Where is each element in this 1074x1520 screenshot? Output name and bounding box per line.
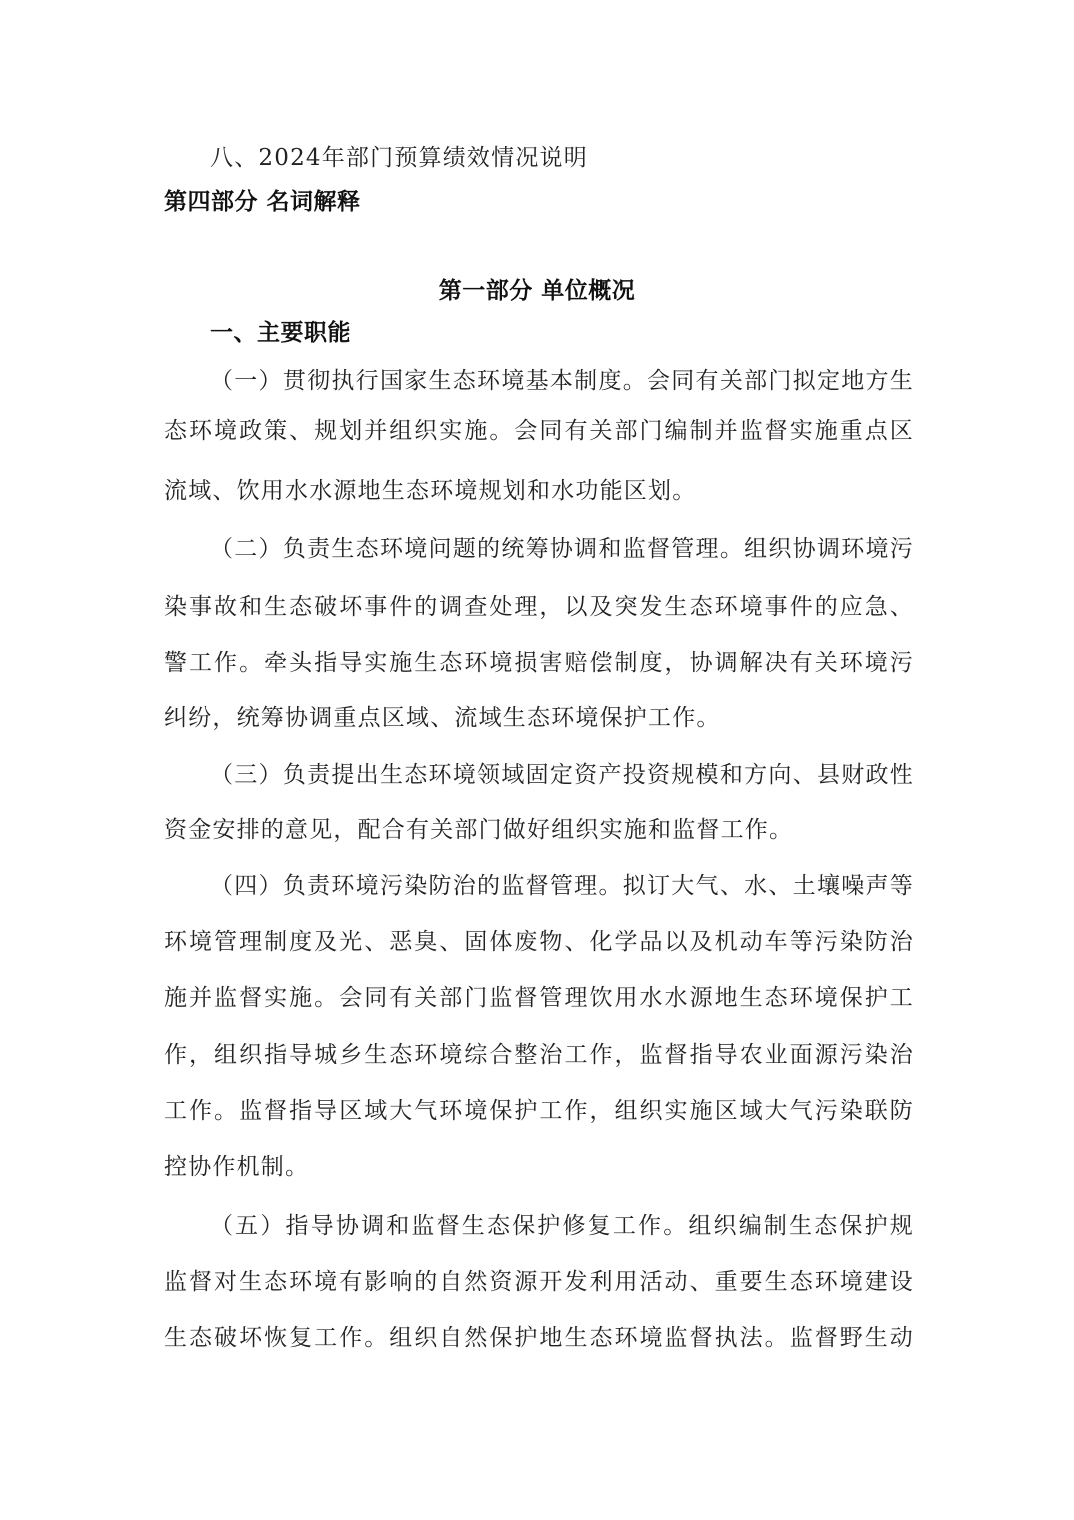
paragraph-1-line-1: （一）贯彻执行国家生态环境基本制度。会同有关部门拟定地方生 bbox=[210, 366, 914, 396]
paragraph-4-line-3: 施并监督实施。会同有关部门监督管理饮用水水源地生态环境保护工 bbox=[164, 983, 914, 1013]
paragraph-5-line-2: 监督对生态环境有影响的自然资源开发利用活动、重要生态环境建设和 bbox=[164, 1267, 914, 1297]
paragraph-3-line-1: （三）负责提出生态环境领域固定资产投资规模和方向、县财政性 bbox=[210, 760, 914, 790]
document-page: 八、2024年部门预算绩效情况说明 第四部分 名词解释 第一部分 单位概况 一、… bbox=[0, 0, 1074, 1520]
toc-part-4-heading: 第四部分 名词解释 bbox=[164, 187, 914, 217]
paragraph-4-line-6: 控协作机制。 bbox=[164, 1152, 914, 1182]
paragraph-4-line-1: （四）负责环境污染防治的监督管理。拟订大气、水、土壤噪声等 bbox=[210, 871, 914, 901]
paragraph-5-line-1: （五）指导协调和监督生态保护修复工作。组织编制生态保护规划， bbox=[210, 1211, 914, 1241]
paragraph-4-line-4: 作，组织指导城乡生态环境综合整治工作，监督指导农业面源污染治理 bbox=[164, 1040, 914, 1070]
paragraph-4-line-2: 环境管理制度及光、恶臭、固体废物、化学品以及机动车等污染防治措 bbox=[164, 927, 914, 957]
paragraph-5-line-3: 生态破坏恢复工作。组织自然保护地生态环境监督执法。监督野生动植 bbox=[164, 1323, 914, 1353]
paragraph-4-line-5: 工作。监督指导区域大气环境保护工作，组织实施区域大气污染联防联 bbox=[164, 1096, 914, 1126]
paragraph-2-line-1: （二）负责生态环境问题的统筹协调和监督管理。组织协调环境污 bbox=[210, 534, 914, 564]
paragraph-1-line-2: 态环境政策、规划并组织实施。会同有关部门编制并监督实施重点区域、 bbox=[164, 416, 914, 446]
paragraph-2-line-3: 警工作。牵头指导实施生态环境损害赔偿制度，协调解决有关环境污染 bbox=[164, 648, 914, 678]
section-heading-main-functions: 一、主要职能 bbox=[210, 318, 914, 348]
toc-item-8: 八、2024年部门预算绩效情况说明 bbox=[210, 143, 914, 173]
part-1-title: 第一部分 单位概况 bbox=[0, 276, 1074, 306]
paragraph-3-line-2: 资金安排的意见，配合有关部门做好组织实施和监督工作。 bbox=[164, 815, 914, 845]
paragraph-2-line-2: 染事故和生态破坏事件的调查处理，以及突发生态环境事件的应急、预 bbox=[164, 592, 914, 622]
paragraph-2-line-4: 纠纷，统筹协调重点区域、流域生态环境保护工作。 bbox=[164, 703, 914, 733]
paragraph-1-line-3: 流域、饮用水水源地生态环境规划和水功能区划。 bbox=[164, 476, 914, 506]
